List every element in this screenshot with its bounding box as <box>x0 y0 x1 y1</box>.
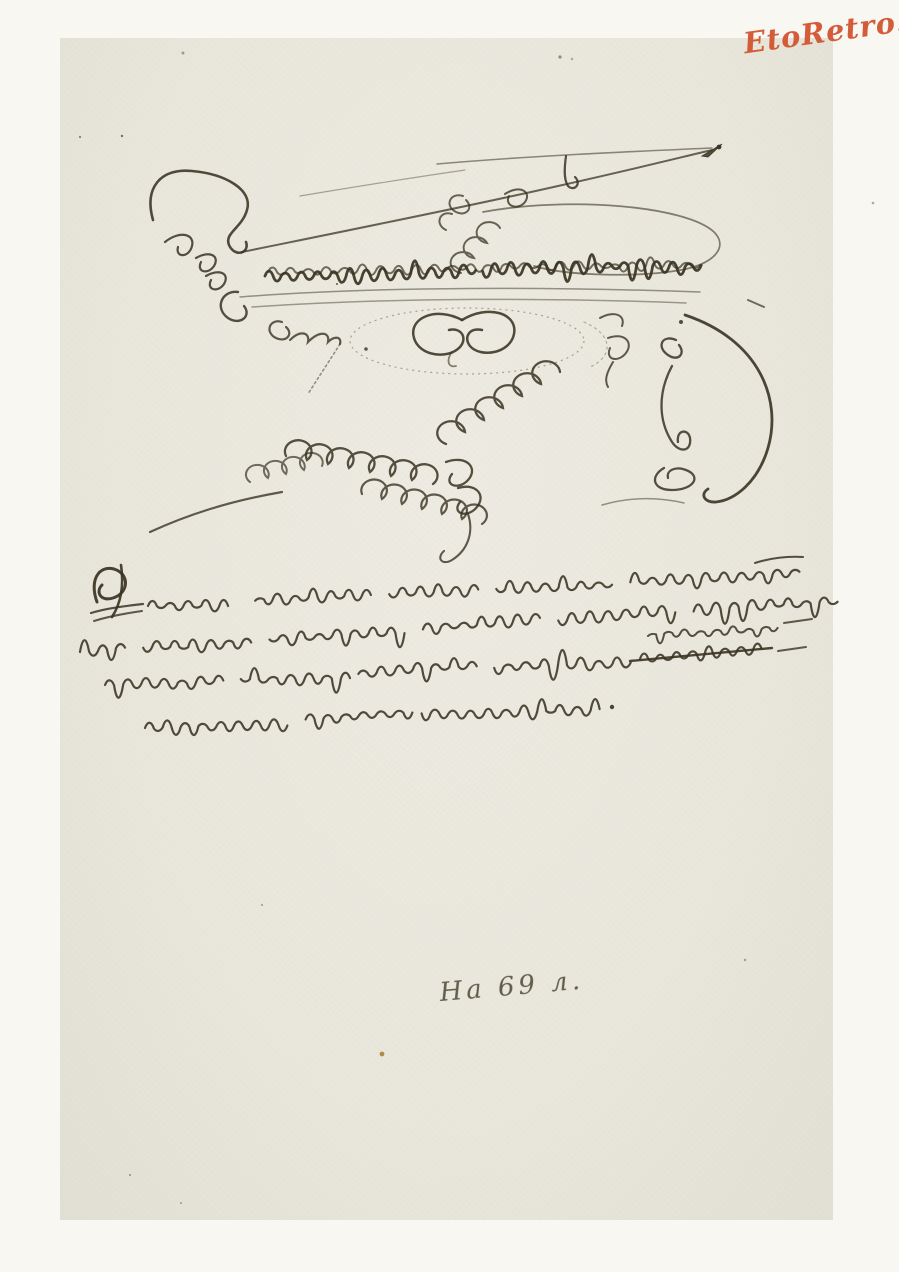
ink-dot <box>872 202 875 205</box>
manuscript-page <box>60 38 833 1220</box>
photo-backdrop: На 69 л. EtoRetro.ru Исторія села Горюхи… <box>0 0 899 1272</box>
